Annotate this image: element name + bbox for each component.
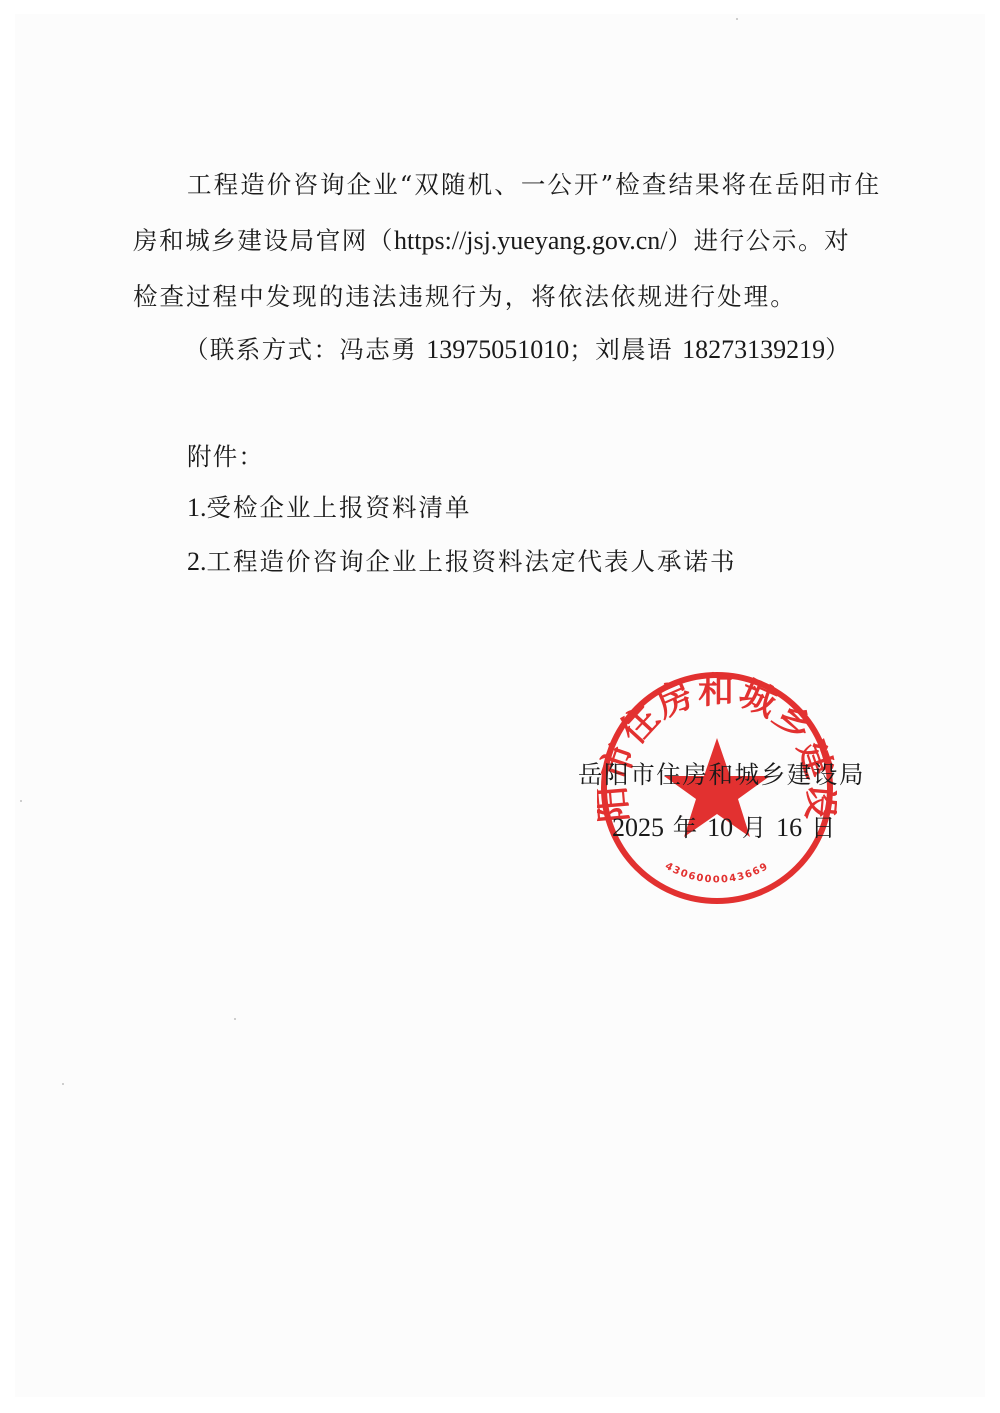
date-month: 10 xyxy=(707,813,733,842)
attachment-number: 1. xyxy=(187,493,207,522)
attachment-item: 2.工程造价咨询企业上报资料法定代表人承诺书 xyxy=(187,547,737,577)
signature-date: 2025 年 10 月 16 日 xyxy=(612,813,836,843)
paragraph-line: 检查过程中发现的违法违规行为，将依法依规进行处理。 xyxy=(133,282,797,312)
paragraph-text: ）进行公示。对 xyxy=(667,226,850,255)
contact-info: （联系方式：冯志勇 13975051010；刘晨语 18273139219） xyxy=(184,335,851,365)
signature-organization: 岳阳市住房和城乡建设局 xyxy=(578,760,865,790)
document-page xyxy=(15,14,985,1397)
contact-phone-1: 13975051010 xyxy=(426,335,569,364)
paragraph-text: 房和城乡建设局官网（ xyxy=(133,226,394,255)
date-year-unit: 年 xyxy=(664,813,707,842)
signature-organization-text: 岳阳市住房和城乡建设局 xyxy=(578,760,865,789)
scan-speck xyxy=(736,18,738,20)
attachments-label-text: 附件： xyxy=(187,442,264,471)
seal-serial: 4306000043669 xyxy=(663,861,771,886)
website-url: https://jsj.yueyang.gov.cn/ xyxy=(394,226,667,255)
contact-phone-2: 18273139219 xyxy=(682,335,825,364)
contact-suffix: ） xyxy=(825,335,851,364)
contact-separator: ；刘晨语 xyxy=(569,335,682,364)
attachment-title: 受检企业上报资料清单 xyxy=(207,493,472,522)
date-day: 16 xyxy=(776,813,802,842)
attachment-number: 2. xyxy=(187,547,207,576)
date-month-unit: 月 xyxy=(733,813,776,842)
paragraph-text: 检查过程中发现的违法违规行为，将依法依规进行处理。 xyxy=(133,282,797,311)
paragraph-text: 工程造价咨询企业“双随机、一公开”检查结果将在岳阳市住 xyxy=(187,170,881,199)
date-day-unit: 日 xyxy=(802,813,836,842)
attachment-item: 1.受检企业上报资料清单 xyxy=(187,493,472,523)
scan-speck xyxy=(62,1083,64,1085)
scan-speck xyxy=(20,800,22,802)
contact-prefix: （联系方式：冯志勇 xyxy=(184,335,426,364)
paragraph-line: 工程造价咨询企业“双随机、一公开”检查结果将在岳阳市住 xyxy=(187,170,881,200)
scan-speck xyxy=(234,1018,236,1020)
attachment-title: 工程造价咨询企业上报资料法定代表人承诺书 xyxy=(207,547,737,576)
date-year: 2025 xyxy=(612,813,664,842)
attachments-label: 附件： xyxy=(187,442,264,472)
paragraph-line: 房和城乡建设局官网（https://jsj.yueyang.gov.cn/）进行… xyxy=(133,226,850,256)
